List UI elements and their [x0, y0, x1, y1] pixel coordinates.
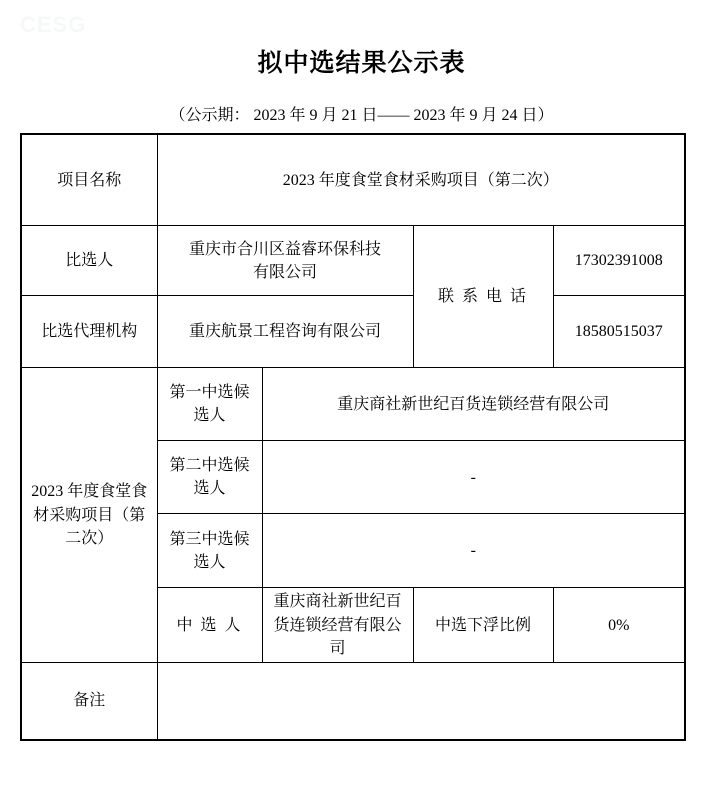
project-name-label-cell: 项目名称 — [21, 134, 157, 226]
selector-label-cell: 比选人 — [21, 226, 157, 296]
discount-value-cell: 0% — [553, 588, 685, 663]
table-row: 备注 — [21, 663, 685, 740]
table-row: 2023 年度食堂食 材采购项目（第 二次） 第一中选候 选人 重庆商社新世纪百… — [21, 368, 685, 441]
candidate3-label-cell: 第三中选候 选人 — [157, 514, 262, 588]
candidate2-label-cell: 第二中选候 选人 — [157, 441, 262, 514]
contact-phone-label-cell: 联 系 电 话 — [413, 226, 553, 368]
selector-value-cell: 重庆市合川区益睿环保科技 有限公司 — [157, 226, 413, 296]
result-table: 项目名称 2023 年度食堂食材采购项目（第二次） 比选人 重庆市合川区益睿环保… — [20, 133, 686, 741]
page-title: 拟中选结果公示表 — [0, 0, 723, 79]
candidate2-value-cell: - — [262, 441, 685, 514]
agency-value-cell: 重庆航景工程咨询有限公司 — [157, 296, 413, 368]
table-row: 比选人 重庆市合川区益睿环保科技 有限公司 联 系 电 话 1730239100… — [21, 226, 685, 296]
watermark-logo: CESG — [20, 12, 86, 38]
remark-value-cell — [157, 663, 685, 740]
agency-phone-cell: 18580515037 — [553, 296, 685, 368]
table-row: 项目名称 2023 年度食堂食材采购项目（第二次） — [21, 134, 685, 226]
table-row: 比选代理机构 重庆航景工程咨询有限公司 18580515037 — [21, 296, 685, 368]
winner-label-cell: 中 选 人 — [157, 588, 262, 663]
agency-label-cell: 比选代理机构 — [21, 296, 157, 368]
project-name-value-cell: 2023 年度食堂食材采购项目（第二次） — [157, 134, 685, 226]
selector-phone-cell: 17302391008 — [553, 226, 685, 296]
winner-value-cell: 重庆商社新世纪百 货连锁经营有限公 司 — [262, 588, 413, 663]
discount-label-cell: 中选下浮比例 — [413, 588, 553, 663]
candidate1-value-cell: 重庆商社新世纪百货连锁经营有限公司 — [262, 368, 685, 441]
publicity-period-subtitle: （公示期： 2023 年 9 月 21 日—— 2023 年 9 月 24 日） — [0, 106, 723, 125]
project-group-label-cell: 2023 年度食堂食 材采购项目（第 二次） — [21, 368, 157, 663]
remark-label-cell: 备注 — [21, 663, 157, 740]
candidate3-value-cell: - — [262, 514, 685, 588]
candidate1-label-cell: 第一中选候 选人 — [157, 368, 262, 441]
